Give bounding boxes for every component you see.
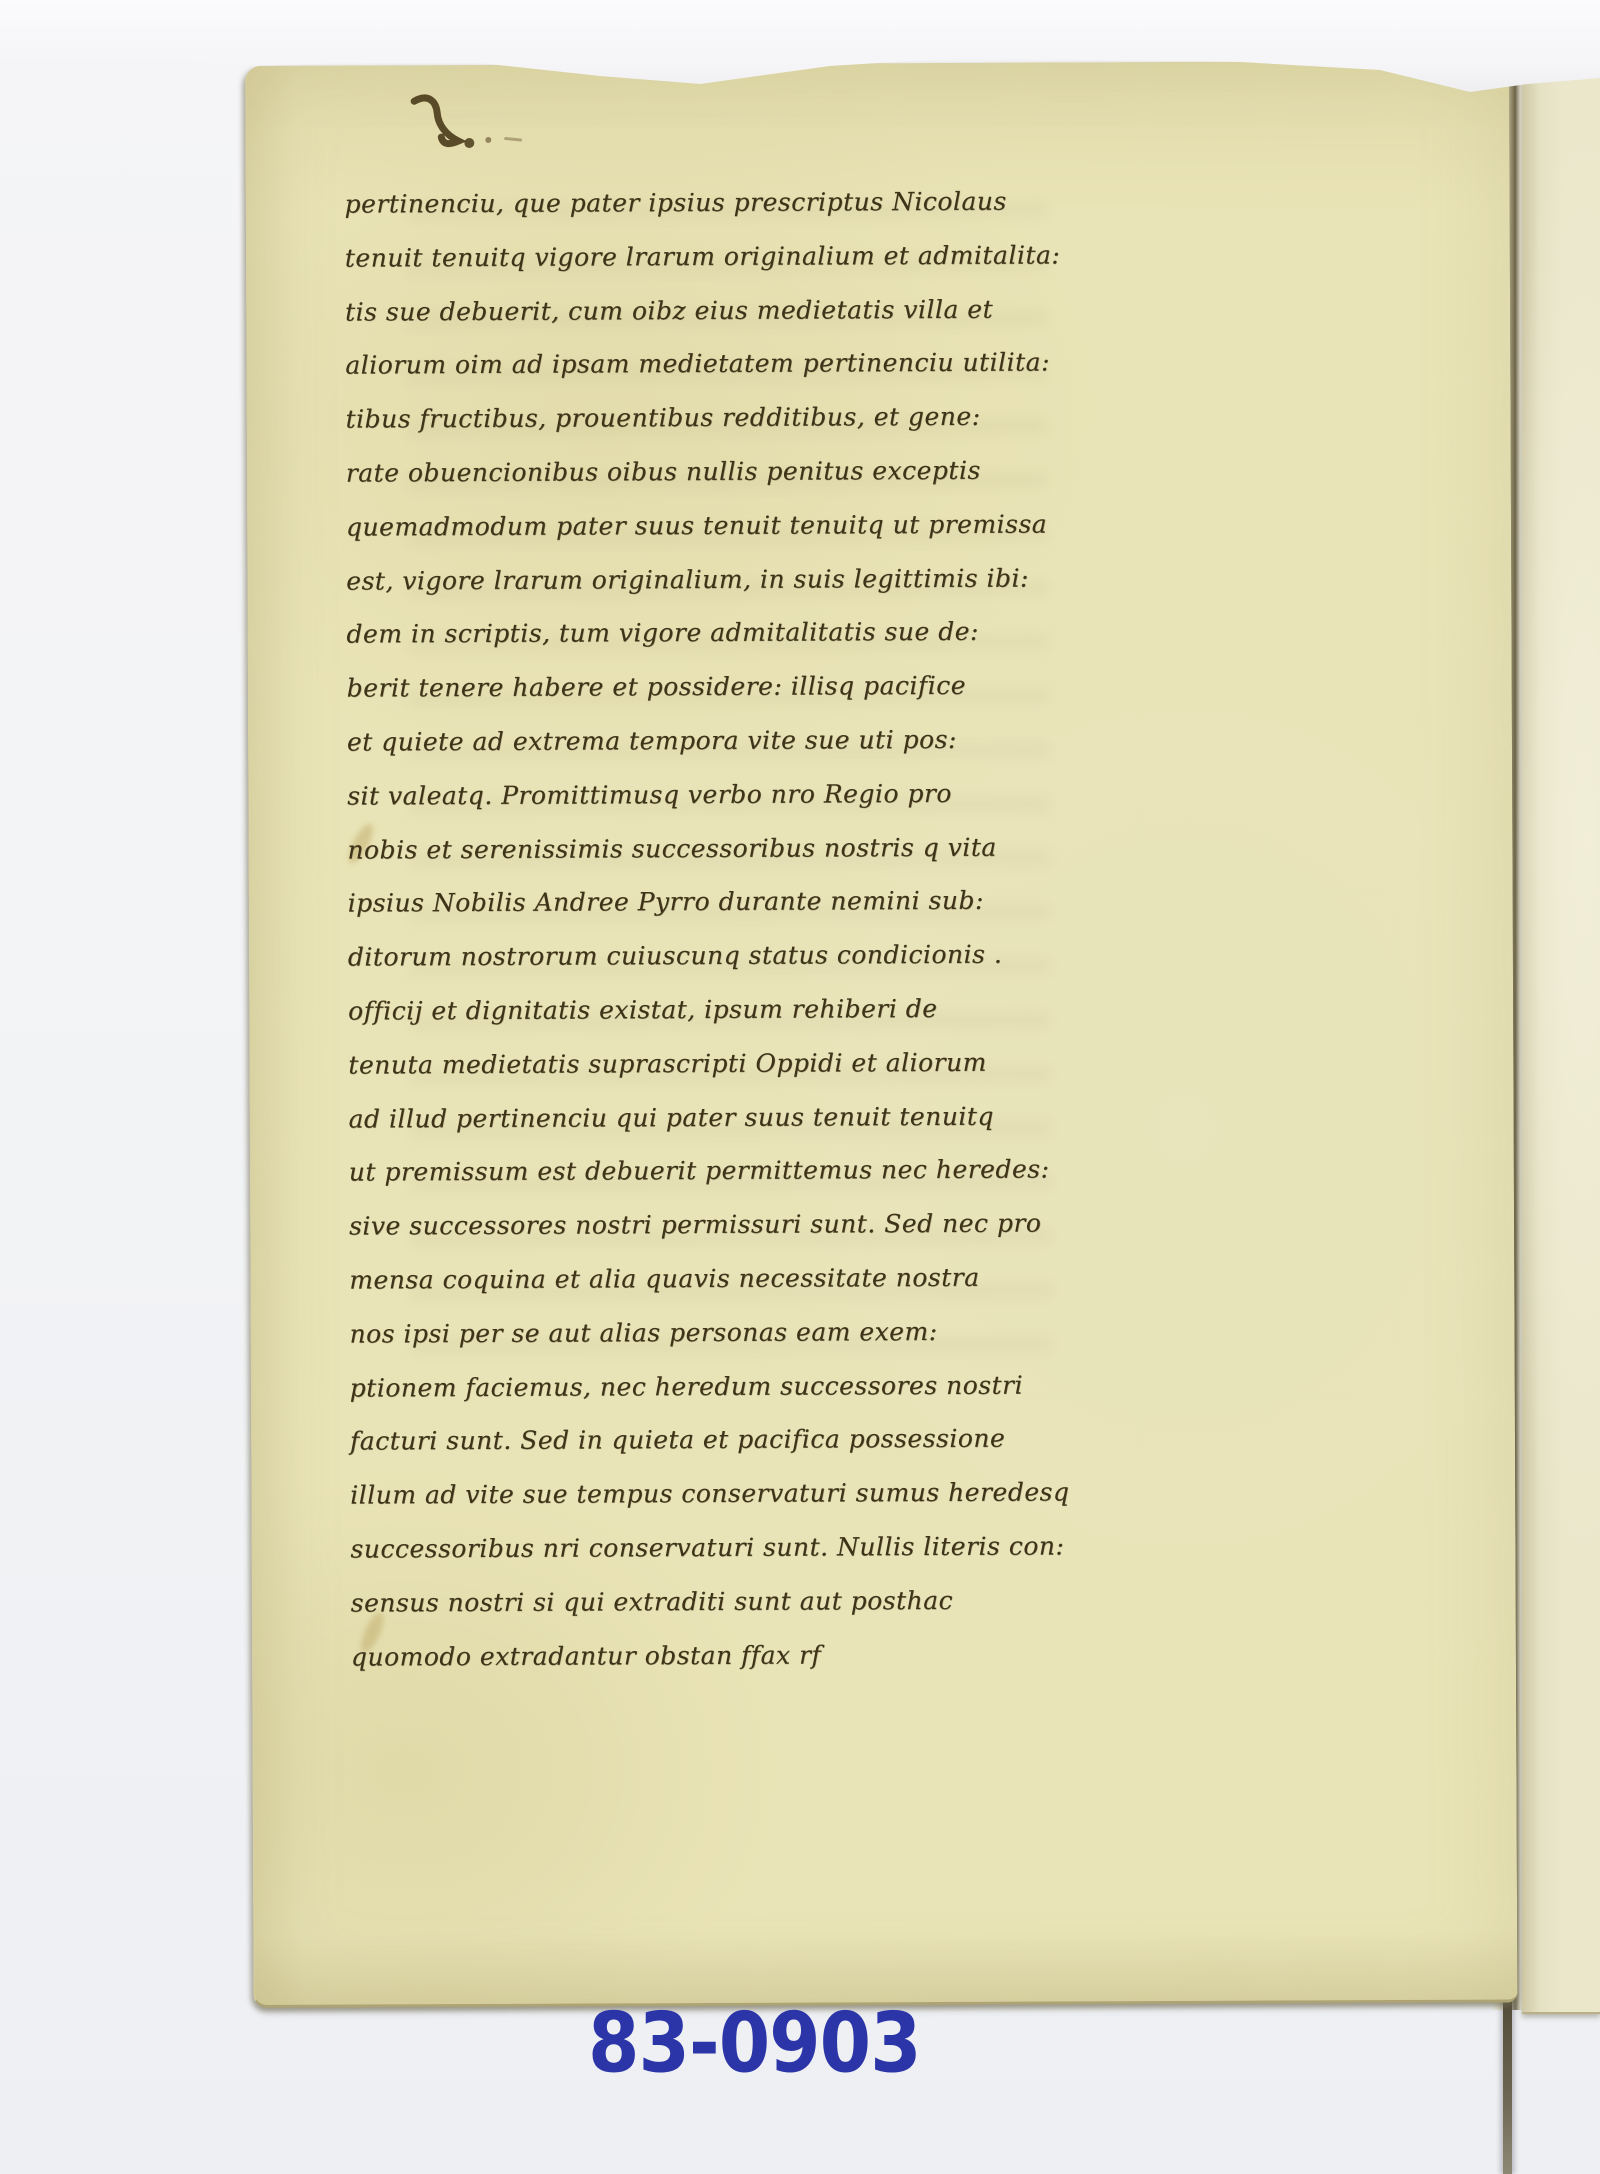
text-line: est, vigore lrarum originalium, in suis … bbox=[346, 551, 986, 608]
shelfmark-label: 83-0903 bbox=[588, 2002, 921, 2085]
text-line: successoribus nri conservaturi sunt. Nul… bbox=[350, 1520, 990, 1577]
text-line: tenuit tenuitq vigore lrarum originalium… bbox=[345, 229, 985, 286]
text-line: tibus fructibus, prouentibus redditibus,… bbox=[345, 390, 985, 447]
text-line: ditorum nostrorum cuiuscunq status condi… bbox=[348, 928, 988, 985]
facing-page bbox=[1522, 64, 1600, 2014]
text-line: nobis et serenissimis successoribus nost… bbox=[347, 820, 987, 877]
text-line: quemadmodum pater suus tenuit tenuitq ut… bbox=[346, 498, 986, 555]
text-line: ipsius Nobilis Andree Pyrro durante nemi… bbox=[348, 874, 988, 931]
text-line: tenuta medietatis suprascripti Oppidi et… bbox=[348, 1036, 988, 1093]
text-line: dem in scriptis, tum vigore admitalitati… bbox=[346, 605, 986, 662]
text-line: mensa coquina et alia quavis necessitate… bbox=[349, 1251, 989, 1308]
text-line: quomodo extradantur obstan ffax rf bbox=[351, 1627, 991, 1684]
text-line: rate obuencionibus oibus nullis penitus … bbox=[346, 444, 986, 501]
text-line: tis sue debuerit, cum oibz eius medietat… bbox=[345, 282, 985, 339]
manuscript-page: pertinenciu, que pater ipsius prescriptu… bbox=[245, 60, 1517, 2007]
text-line: pertinenciu, que pater ipsius prescriptu… bbox=[344, 175, 984, 232]
book-fold-gutter-lower bbox=[1503, 1985, 1512, 2174]
text-line: officij et dignitatis existat, ipsum reh… bbox=[348, 982, 988, 1039]
text-line: berit tenere habere et possidere: illisq… bbox=[347, 659, 987, 716]
text-line: ad illud pertinenciu qui pater suus tenu… bbox=[348, 1089, 988, 1146]
text-line: sive successores nostri permissuri sunt.… bbox=[349, 1197, 989, 1254]
text-line: sensus nostri si qui extraditi sunt aut … bbox=[351, 1573, 991, 1630]
text-line: sit valeatq. Promittimusq verbo nro Regi… bbox=[347, 767, 987, 824]
text-line: nos ipsi per se aut alias personas eam e… bbox=[349, 1304, 989, 1361]
text-line: aliorum oim ad ipsam medietatem pertinen… bbox=[345, 336, 985, 393]
ink-blot bbox=[406, 91, 546, 164]
text-line: illum ad vite sue tempus conservaturi su… bbox=[350, 1466, 990, 1523]
text-line: ut premissum est debuerit permittemus ne… bbox=[349, 1143, 989, 1200]
scan-root: { "scan": { "background_color": "#f2f3f5… bbox=[0, 0, 1600, 2174]
manuscript-text-block: pertinenciu, que pater ipsius prescriptu… bbox=[344, 175, 991, 1684]
text-line: et quiete ad extrema tempora vite sue ut… bbox=[347, 713, 987, 770]
text-line: ptionem faciemus, nec heredum successore… bbox=[350, 1358, 990, 1415]
text-line: facturi sunt. Sed in quieta et pacifica … bbox=[350, 1412, 990, 1469]
